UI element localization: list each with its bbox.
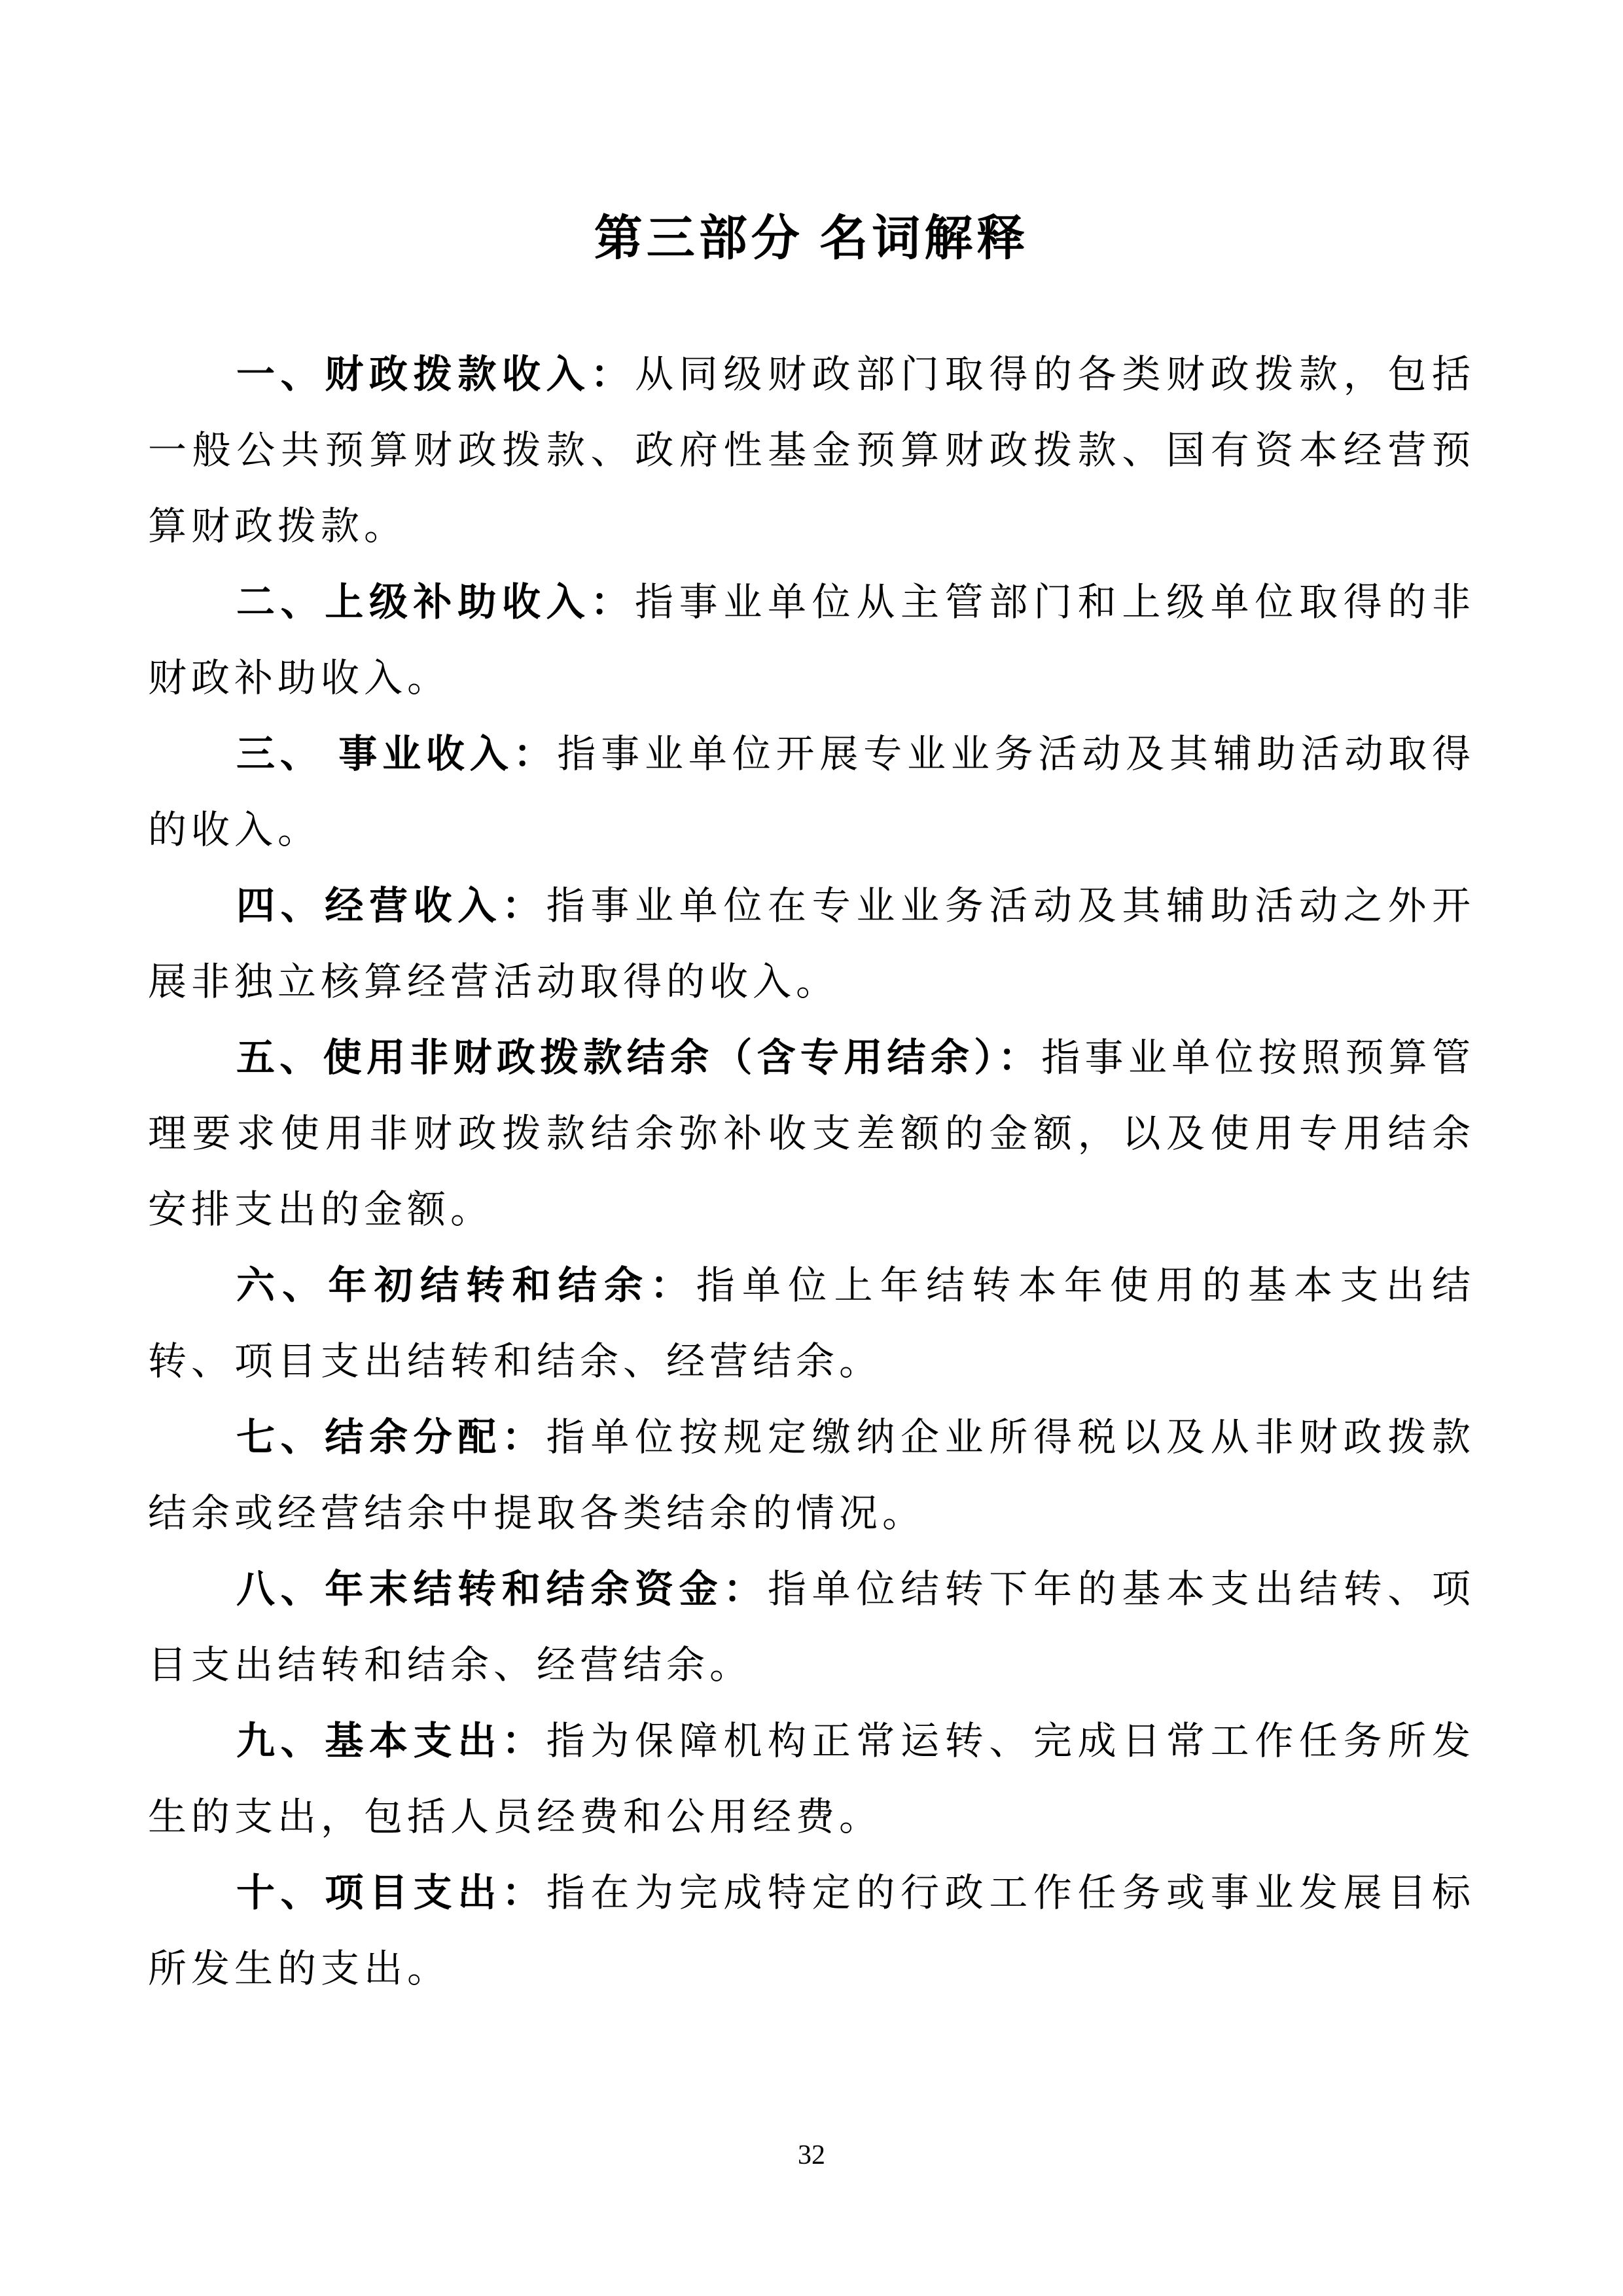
document-page: 第三部分 名词解释 一、财政拨款收入：从同级财政部门取得的各类财政拨款，包括一般… bbox=[0, 0, 1623, 2296]
term-label: 六、年初结转和结余： bbox=[236, 1264, 696, 1307]
glossary-item: 六、年初结转和结余：指单位上年结转本年使用的基本支出结转、项目支出结转和结余、经… bbox=[148, 1247, 1475, 1399]
term-label: 三、 事业收入： bbox=[236, 732, 557, 776]
glossary-item: 十、项目支出：指在为完成特定的行政工作任务或事业发展目标所发生的支出。 bbox=[148, 1855, 1475, 2007]
term-label: 八、年末结转和结余资金： bbox=[236, 1568, 768, 1611]
glossary-body: 一、财政拨款收入：从同级财政部门取得的各类财政拨款，包括一般公共预算财政拨款、政… bbox=[148, 336, 1475, 2007]
page-number: 32 bbox=[0, 2140, 1623, 2170]
glossary-item: 三、 事业收入：指事业单位开展专业业务活动及其辅助活动取得的收入。 bbox=[148, 716, 1475, 868]
term-label: 十、项目支出： bbox=[236, 1871, 546, 1914]
term-label: 七、结余分配： bbox=[236, 1416, 546, 1459]
glossary-item: 四、经营收入：指事业单位在专业业务活动及其辅助活动之外开展非独立核算经营活动取得… bbox=[148, 868, 1475, 1020]
term-label: 四、经营收入： bbox=[236, 884, 546, 927]
term-label: 九、基本支出： bbox=[236, 1719, 546, 1763]
term-label: 一、财政拨款收入： bbox=[236, 353, 635, 396]
glossary-item: 一、财政拨款收入：从同级财政部门取得的各类财政拨款，包括一般公共预算财政拨款、政… bbox=[148, 336, 1475, 564]
page-title: 第三部分 名词解释 bbox=[0, 0, 1623, 263]
term-label: 五、使用非财政拨款结余（含专用结余）： bbox=[236, 1036, 1041, 1079]
glossary-item: 五、使用非财政拨款结余（含专用结余）：指事业单位按照预算管理要求使用非财政拨款结… bbox=[148, 1020, 1475, 1247]
glossary-item: 八、年末结转和结余资金：指单位结转下年的基本支出结转、项目支出结转和结余、经营结… bbox=[148, 1551, 1475, 1703]
glossary-item: 七、结余分配：指单位按规定缴纳企业所得税以及从非财政拨款结余或经营结余中提取各类… bbox=[148, 1399, 1475, 1551]
glossary-item: 九、基本支出：指为保障机构正常运转、完成日常工作任务所发生的支出，包括人员经费和… bbox=[148, 1703, 1475, 1855]
glossary-item: 二、上级补助收入：指事业单位从主管部门和上级单位取得的非财政补助收入。 bbox=[148, 564, 1475, 716]
term-label: 二、上级补助收入： bbox=[236, 581, 635, 624]
